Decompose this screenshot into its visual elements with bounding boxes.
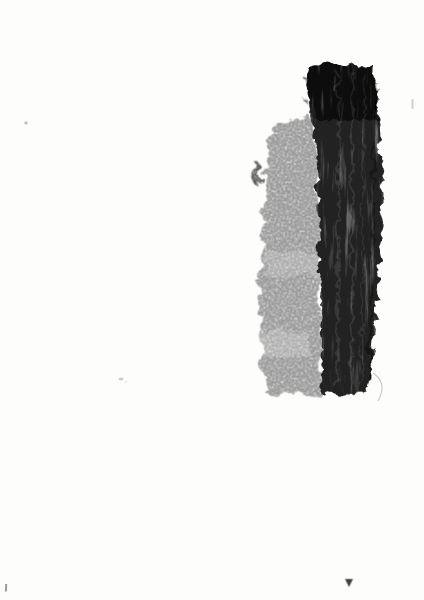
ink-smudge-graphic: [0, 0, 424, 600]
smudge-drip-speck: [304, 104, 308, 108]
smudge-edge-blob: [250, 159, 259, 183]
smudge-dark-cap: [305, 63, 376, 117]
right-edge-dash-mark: [412, 99, 414, 109]
left-speck-mark: [24, 121, 27, 124]
wash-light-band: [259, 328, 305, 352]
wash-light-band: [263, 250, 317, 274]
scanned-page: [0, 0, 424, 600]
smudge-drip-speck: [299, 94, 302, 97]
bottom-left-tick-mark: [5, 584, 7, 592]
